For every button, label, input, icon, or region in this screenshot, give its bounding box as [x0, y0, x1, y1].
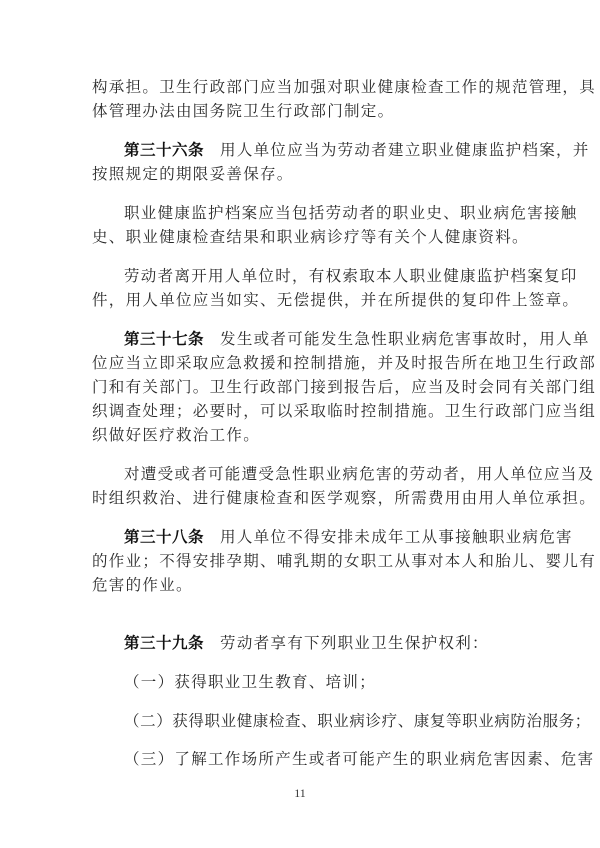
text-line: 位应当立即采取应急救援和控制措施，并及时报告所在地卫生行政部 — [92, 353, 510, 373]
text-line: 构承担。卫生行政部门应当加强对职业健康检查工作的规范管理，具 — [92, 77, 510, 97]
article-36-line: 第三十六条用人单位应当为劳动者建立职业健康监护档案，并 — [124, 140, 510, 160]
article-text: 发生或者可能发生急性职业病危害事故时，用人单 — [220, 330, 590, 348]
article-heading: 第三十六条 — [124, 141, 204, 159]
page-number: 11 — [0, 786, 600, 801]
list-item: （二）获得职业健康检查、职业病诊疗、康复等职业病防治服务； — [124, 711, 591, 731]
list-item: （一）获得职业卫生教育、培训； — [124, 672, 376, 692]
text-line: 的作业；不得安排孕期、哺乳期的女职工从事对本人和胎儿、婴儿有 — [92, 551, 510, 571]
text-line: 时组织救治、进行健康检查和医学观察，所需费用由用人单位承担。 — [92, 488, 510, 508]
text-line: 劳动者离开用人单位时，有权索取本人职业健康监护档案复印 — [124, 266, 510, 286]
text-line: 按照规定的期限妥善保存。 — [92, 164, 510, 184]
article-38-line: 第三十八条用人单位不得安排未成年工从事接触职业病危害 — [124, 527, 510, 547]
article-heading: 第三十九条 — [124, 634, 204, 652]
article-39-line: 第三十九条劳动者享有下列职业卫生保护权利： — [124, 633, 489, 653]
article-heading: 第三十七条 — [124, 330, 204, 348]
text-line: 职业健康监护档案应当包括劳动者的职业史、职业病危害接触 — [124, 203, 510, 223]
article-text: 用人单位不得安排未成年工从事接触职业病危害 — [220, 528, 573, 546]
text-line: 织调查处理；必要时，可以采取临时控制措施。卫生行政部门应当组 — [92, 401, 510, 421]
text-line: 对遭受或者可能遭受急性职业病危害的劳动者，用人单位应当及 — [124, 464, 510, 484]
article-37-line: 第三十七条发生或者可能发生急性职业病危害事故时，用人单 — [124, 329, 510, 349]
article-text: 用人单位应当为劳动者建立职业健康监护档案，并 — [220, 141, 590, 159]
text-line: 史、职业健康检查结果和职业病诊疗等有关个人健康资料。 — [92, 227, 510, 247]
text-line: 件，用人单位应当如实、无偿提供，并在所提供的复印件上签章。 — [92, 290, 510, 310]
list-item: （三）了解工作场所产生或者可能产生的职业病危害因素、危害 — [124, 749, 594, 769]
text-line: 织做好医疗救治工作。 — [92, 425, 510, 445]
text-line: 体管理办法由国务院卫生行政部门制定。 — [92, 101, 510, 121]
article-heading: 第三十八条 — [124, 528, 204, 546]
article-text: 劳动者享有下列职业卫生保护权利： — [220, 634, 489, 652]
text-line: 门和有关部门。卫生行政部门接到报告后，应当及时会同有关部门组 — [92, 377, 510, 397]
document-page: 构承担。卫生行政部门应当加强对职业健康检查工作的规范管理，具 体管理办法由国务院… — [0, 0, 600, 848]
text-line: 危害的作业。 — [92, 575, 510, 595]
